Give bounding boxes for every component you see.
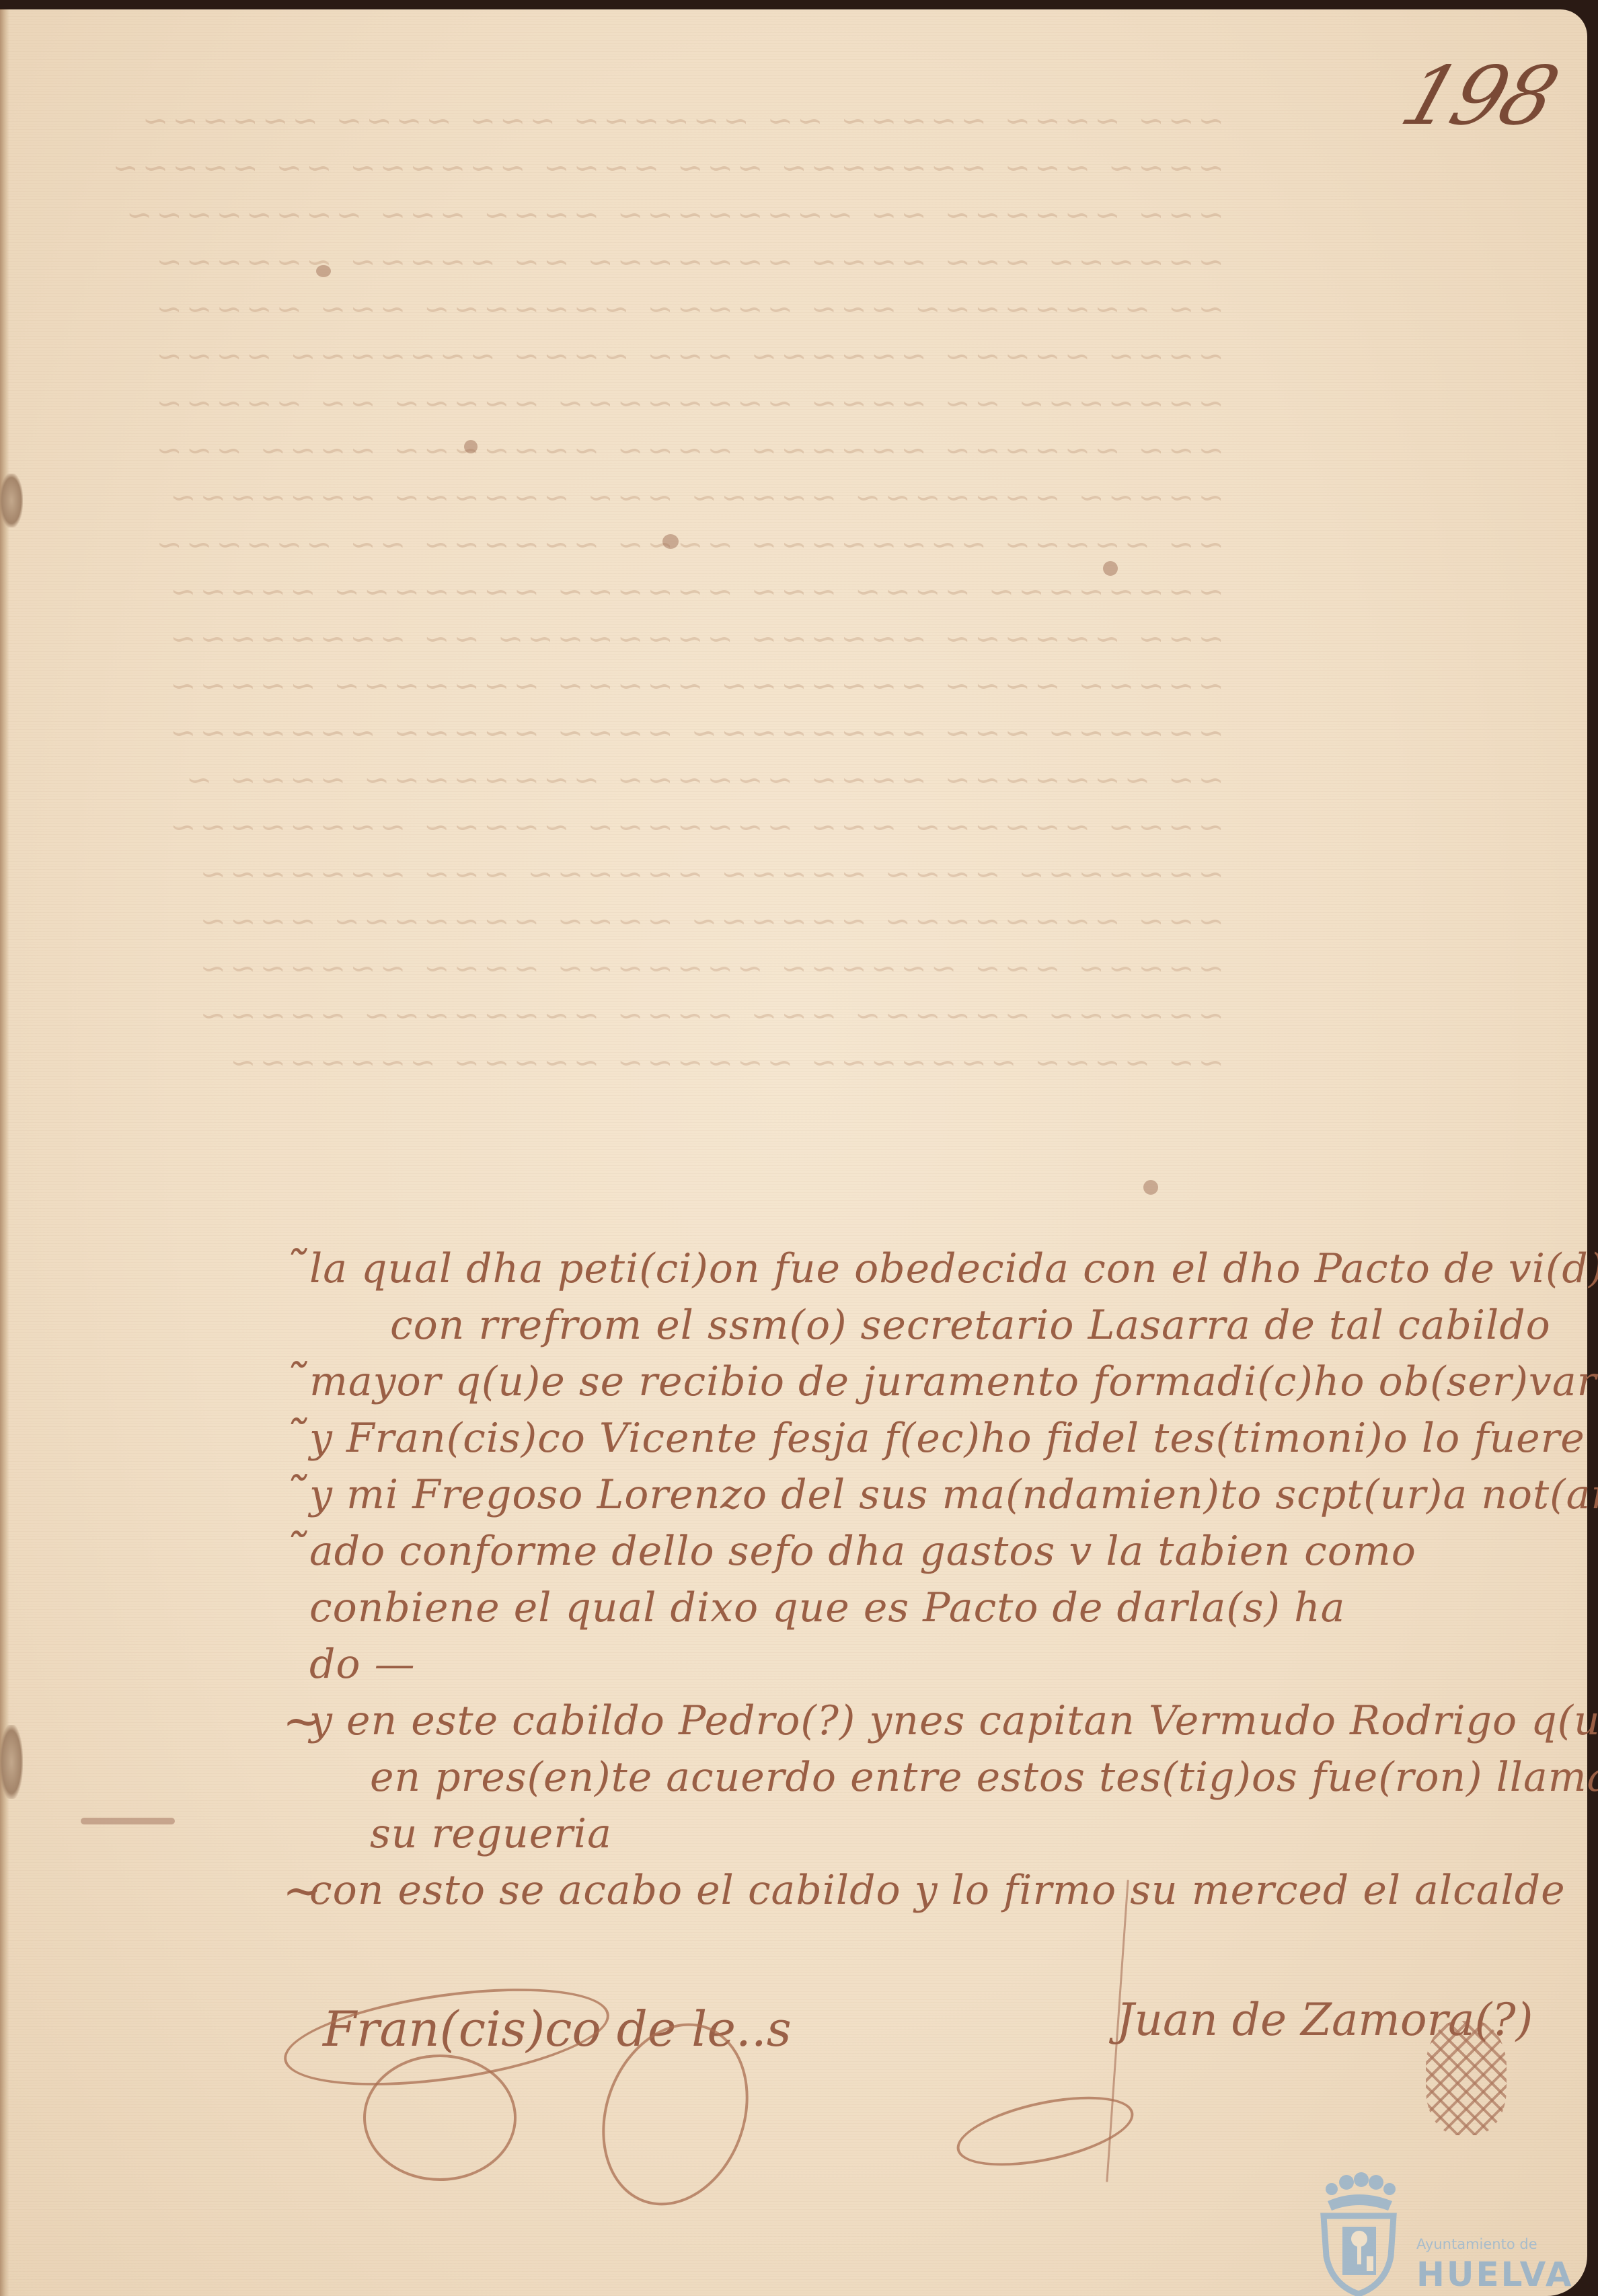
ink-spot bbox=[1103, 561, 1118, 576]
ink-spot bbox=[1143, 1180, 1158, 1195]
watermark-line1: Ayuntamiento de bbox=[1416, 2236, 1537, 2252]
bleed-line: ~~~ ~~~~ ~~~~~ ~~ ~~~~~~ ~~~ ~~~~ ~~~~~~ bbox=[47, 97, 1224, 144]
notarial-rubric bbox=[1426, 2021, 1507, 2135]
bleed-line: ~~~~ ~~~~~ ~~~~~~ ~~~ ~~~~ ~~~~~~~ ~~~~ bbox=[47, 332, 1224, 379]
coat-of-arms-icon bbox=[1318, 2169, 1399, 2296]
text-line: su regueria bbox=[309, 1806, 1574, 1862]
signature-flourish bbox=[363, 2054, 517, 2181]
ink-spot bbox=[316, 265, 331, 277]
margin-mark: ˜ bbox=[282, 1467, 307, 1523]
text-line: do — bbox=[309, 1636, 1574, 1693]
bleed-line: ~~~~~~~ ~~ ~~~~ ~~~~~~~~ ~~~~~ ~~ ~~~~~ bbox=[47, 379, 1224, 427]
margin-mark: ˜ bbox=[282, 1240, 307, 1297]
bleed-line: ~~~~ ~~~~~~ ~~~ ~~~~~~~ ~~~~~ ~~~~~~~~ bbox=[47, 803, 1224, 850]
text-line: ~ con esto se acabo el cabildo y lo firm… bbox=[309, 1862, 1574, 1919]
margin-mark: ~ bbox=[282, 1693, 323, 1749]
ink-spot bbox=[464, 440, 478, 453]
margin-mark: ˜ bbox=[282, 1354, 307, 1410]
bleed-line: ~~~ ~~~~~~ ~~~~~~ ~~~~ ~~~~~~~ ~~~~ ~~~ bbox=[47, 427, 1224, 474]
bleed-line: ~~~ ~~~~~~ ~~~~~~ ~~~~~~~~ ~~ ~~~~~~~~ bbox=[47, 615, 1224, 662]
watermark-line2: HUELVA bbox=[1416, 2255, 1574, 2294]
text-line: ˜ y mi Fregoso Lorenzo del sus ma(ndamie… bbox=[309, 1467, 1574, 1523]
huelva-watermark: Ayuntamiento de HUELVA bbox=[1318, 2169, 1560, 2296]
binding-edge bbox=[0, 9, 9, 2296]
bleed-line: ~~ ~~~~~~~ ~~~~ ~~~~~~ ~~~~~~~~ ~~~~ ~ bbox=[47, 756, 1224, 803]
margin-mark: ~ bbox=[282, 1862, 323, 1919]
bleed-line: ~~~~~~~ ~~~~ ~~~~~ ~~~~~~ ~~~ ~~~~~~~ bbox=[47, 850, 1224, 897]
folio-number: 198 bbox=[1390, 50, 1566, 143]
text-line: con rrefrom el ssm(o) secretario Lasarra… bbox=[309, 1297, 1574, 1354]
bleed-line: ~~~~~~ ~~~~~~ ~~~ ~~~~ ~~~~~~~~ ~~~~~ bbox=[47, 992, 1224, 1039]
ink-spot bbox=[662, 534, 679, 549]
bleed-line: ~~ ~~~~~~~~ ~~~ ~~~~~ ~~~~~~~ ~~~ ~~~~~ bbox=[47, 285, 1224, 332]
text-line: ˜ mayor q(u)e se recibio de juramento fo… bbox=[309, 1354, 1574, 1410]
manuscript-page: 198 ~~~ ~~~~ ~~~~~ ~~ ~~~~~~ ~~~ ~~~~ ~~… bbox=[0, 9, 1587, 2296]
margin-mark: ˜ bbox=[282, 1410, 307, 1467]
binding-thread bbox=[0, 1725, 23, 1799]
bleed-line: ~~~~~ ~~~~~~~ ~~~~~ ~~~ ~~~~~~ ~~~~~~~ bbox=[47, 474, 1224, 521]
bleed-line: ~~~~ ~~~ ~~~~~~~ ~~~ ~~~~ ~~~~~~ ~~ ~~~~… bbox=[47, 144, 1224, 191]
bleed-line: ~~~~~~ ~~~ ~~~~~~~~ ~~~~ ~~~~~ ~~~~~~~ bbox=[47, 709, 1224, 756]
bleed-line: ~~~ ~~~~~~ ~~ ~~~~~~~~ ~~~~ ~~~ ~~~~~~~~ bbox=[47, 191, 1224, 238]
bleed-line: ~~~~~ ~~~~ ~~~~~~~ ~~~~~ ~~~~~~~ ~~~~~ bbox=[47, 662, 1224, 709]
ink-smudge bbox=[81, 1818, 175, 1824]
text-line: ~ y en este cabildo Pedro(?) ynes capita… bbox=[309, 1693, 1574, 1749]
bleed-line: ~~~~~~~~ ~~~~ ~~~ ~~~~~~ ~~~~~~~ ~~~~~ bbox=[47, 568, 1224, 615]
bleed-line: ~~ ~~~~~ ~~~~~~~~ ~~~~ ~~~~~~ ~~ ~~~~~~ bbox=[47, 521, 1224, 568]
body-text: ˜ la qual dha peti(ci)on fue obedecida c… bbox=[309, 1240, 1574, 1919]
bleed-line: ~~~~~~ ~~~ ~~~~ ~~~~~~~ ~~ ~~~~~ ~~~~~~ bbox=[47, 238, 1224, 285]
text-line: ˜ ado conforme dello sefo dha gastos v l… bbox=[309, 1523, 1574, 1580]
bleed-through-text: ~~~ ~~~~ ~~~~~ ~~ ~~~~~~ ~~~ ~~~~ ~~~~~~… bbox=[47, 97, 1224, 1086]
binding-thread bbox=[0, 474, 23, 527]
text-line: ˜ la qual dha peti(ci)on fue obedecida c… bbox=[309, 1240, 1574, 1297]
bleed-line: ~~~ ~~~~~~~~ ~~~~~~ ~~~~ ~~~~~~~ ~~~~ bbox=[47, 897, 1224, 945]
text-line: conbiene el qual dixo que es Pacto de da… bbox=[309, 1580, 1574, 1636]
text-line: ˜ y Fran(cis)co Vicente fesja f(ec)ho fi… bbox=[309, 1410, 1574, 1467]
margin-mark: ˜ bbox=[282, 1523, 307, 1580]
bleed-line: ~~ ~~~~ ~~~~~~~ ~~~~~~ ~~~~~ ~~~~~~~ bbox=[47, 1039, 1224, 1086]
bleed-line: ~~~~~ ~~~ ~~~~~~ ~~~~~~~ ~~~~ ~~~~~~~ bbox=[47, 945, 1224, 992]
text-line: en pres(en)te acuerdo entre estos tes(ti… bbox=[309, 1749, 1574, 1806]
